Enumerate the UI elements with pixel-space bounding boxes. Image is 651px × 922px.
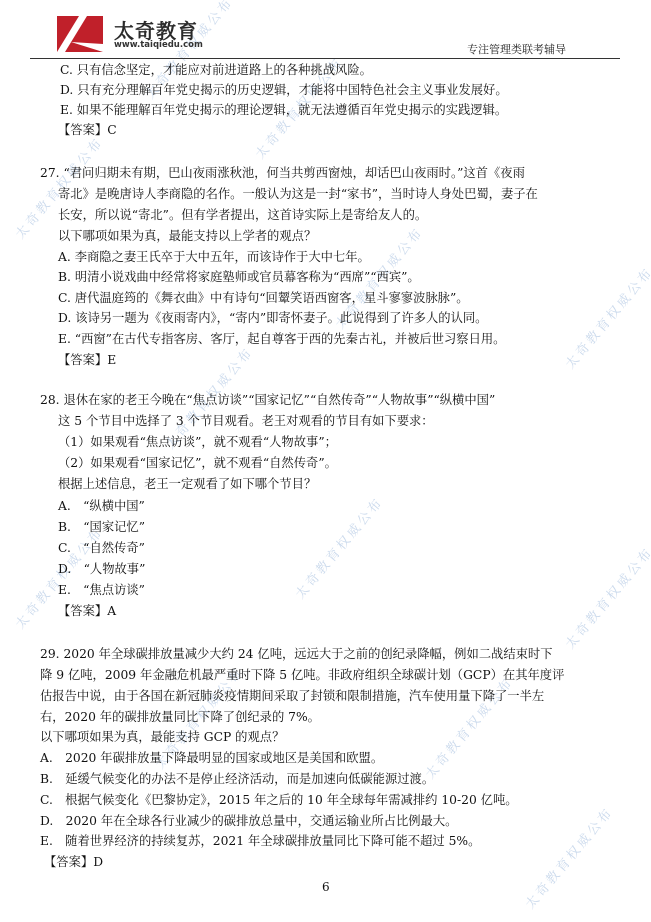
option-line: B. 明清小说戏曲中经常将家庭塾师或官员幕客称为“西席”“西宾”。 bbox=[58, 267, 420, 288]
question-stem: 29. 2020 年全球碳排放量减少大约 24 亿吨，远远大于之前的创纪录降幅，… bbox=[40, 644, 553, 665]
question-stem: 估报告中说，由于各国在新冠肺炎疫情期间采取了封锁和限制措施，汽车使用量下降了一半… bbox=[40, 686, 544, 707]
option-line: D. 该诗另一题为《夜雨寄内》，“寄内”即寄怀妻子。此说得到了许多人的认同。 bbox=[58, 308, 487, 329]
question-stem: （2）如果观看“国家记忆”，就不观看“自然传奇”。 bbox=[58, 453, 337, 474]
option-line: B. 延缓气候变化的办法不是停止经济活动，而是加速向低碳能源过渡。 bbox=[40, 769, 434, 790]
logo-url: www.taiqiedu.com bbox=[114, 40, 203, 50]
answer-line: 【答案】C bbox=[58, 120, 117, 141]
question-stem: 寄北》是晚唐诗人李商隐的名作。一般认为这是一封“家书”，当时诗人身处巴蜀，妻子在 bbox=[58, 184, 538, 205]
question-prompt: 以下哪项如果为真，最能支持 GCP 的观点？ bbox=[40, 727, 284, 748]
option-line: B. “国家记忆” bbox=[58, 517, 145, 538]
option-line: D. “人物故事” bbox=[58, 559, 145, 580]
option-line: A. “纵横中国” bbox=[58, 496, 145, 517]
question-stem: （1）如果观看“焦点访谈”，就不观看“人物故事”； bbox=[58, 432, 337, 453]
logo-k-icon bbox=[57, 16, 103, 52]
watermark: 太奇教育权威公布 bbox=[560, 542, 651, 652]
option-line: A. 李商隐之妻王氏卒于大中五年，而该诗作于大中七年。 bbox=[58, 247, 370, 268]
option-line: D. 2020 年在全球各行业减少的碳排放总量中，交通运输业所占比例最大。 bbox=[40, 811, 457, 832]
option-line: E. “西窗”在古代专指客房、客厅，起自尊客于西的先秦古礼，并被后世习察日用。 bbox=[58, 329, 505, 350]
option-line: E. 随着世界经济的持续复苏，2021 年全球碳排放量同比下降可能不超过 5%。 bbox=[40, 831, 480, 852]
question-stem: 降 9 亿吨，2009 年金融危机最严重时下降 5 亿吨。非政府组织全球碳计划（… bbox=[40, 665, 564, 686]
question-prompt: 以下哪项如果为真，最能支持以上学者的观点？ bbox=[58, 226, 316, 247]
question-prompt: 根据上述信息，老王一定观看了如下哪个节目？ bbox=[58, 474, 316, 495]
option-line: C. “自然传奇” bbox=[58, 538, 145, 559]
option-line: C. 根据气候变化《巴黎协定》，2015 年之后的 10 年全球每年需减排约 1… bbox=[40, 790, 518, 811]
question-stem: 这 5 个节目中选择了 3 个节目观看。老王对观看的节目有如下要求： bbox=[58, 411, 434, 432]
page-header: 太奇教育 www.taiqiedu.com 专注管理类联考辅导 bbox=[0, 0, 651, 57]
option-line: A. 2020 年碳排放量下降最明显的国家或地区是美国和欧盟。 bbox=[40, 748, 383, 769]
watermark: 太奇教育权威公布 bbox=[560, 262, 651, 372]
answer-line: 【答案】A bbox=[58, 601, 116, 622]
header-tagline: 专注管理类联考辅导 bbox=[467, 41, 566, 57]
answer-line: 【答案】E bbox=[58, 350, 116, 371]
option-line: E. 如果不能理解百年党史揭示的理论逻辑，就无法遵循百年党史揭示的实践逻辑。 bbox=[60, 100, 507, 121]
question-stem: 28. 退休在家的老王今晚在“焦点访谈”“国家记忆”“自然传奇”“人物故事”“纵… bbox=[40, 390, 495, 411]
option-line: C. 只有信念坚定，才能应对前进道路上的各种挑战风险。 bbox=[60, 60, 372, 81]
option-line: D. 只有充分理解百年党史揭示的历史逻辑，才能将中国特色社会主义事业发展好。 bbox=[60, 80, 508, 101]
question-stem: 右，2020 年的碳排放量同比下降了创纪录的 7%。 bbox=[40, 707, 320, 728]
watermark: 太奇教育权威公布 bbox=[520, 802, 617, 912]
page-number: 6 bbox=[322, 880, 330, 894]
header-divider bbox=[30, 58, 620, 59]
question-stem: 长安，所以说“寄北”。但有学者提出，这首诗实际上是寄给友人的。 bbox=[58, 205, 427, 226]
question-stem: 27. “君问归期未有期，巴山夜雨涨秋池，何当共剪西窗烛，却话巴山夜雨时。”这首… bbox=[40, 163, 525, 184]
option-line: C. 唐代温庭筠的《舞衣曲》中有诗句“回颦笑语西窗客，星斗寥寥波脉脉”。 bbox=[58, 288, 469, 309]
answer-line: 【答案】D bbox=[44, 852, 103, 873]
watermark: 太奇教育权威公布 bbox=[290, 492, 387, 602]
option-line: E. “焦点访谈” bbox=[58, 580, 145, 601]
